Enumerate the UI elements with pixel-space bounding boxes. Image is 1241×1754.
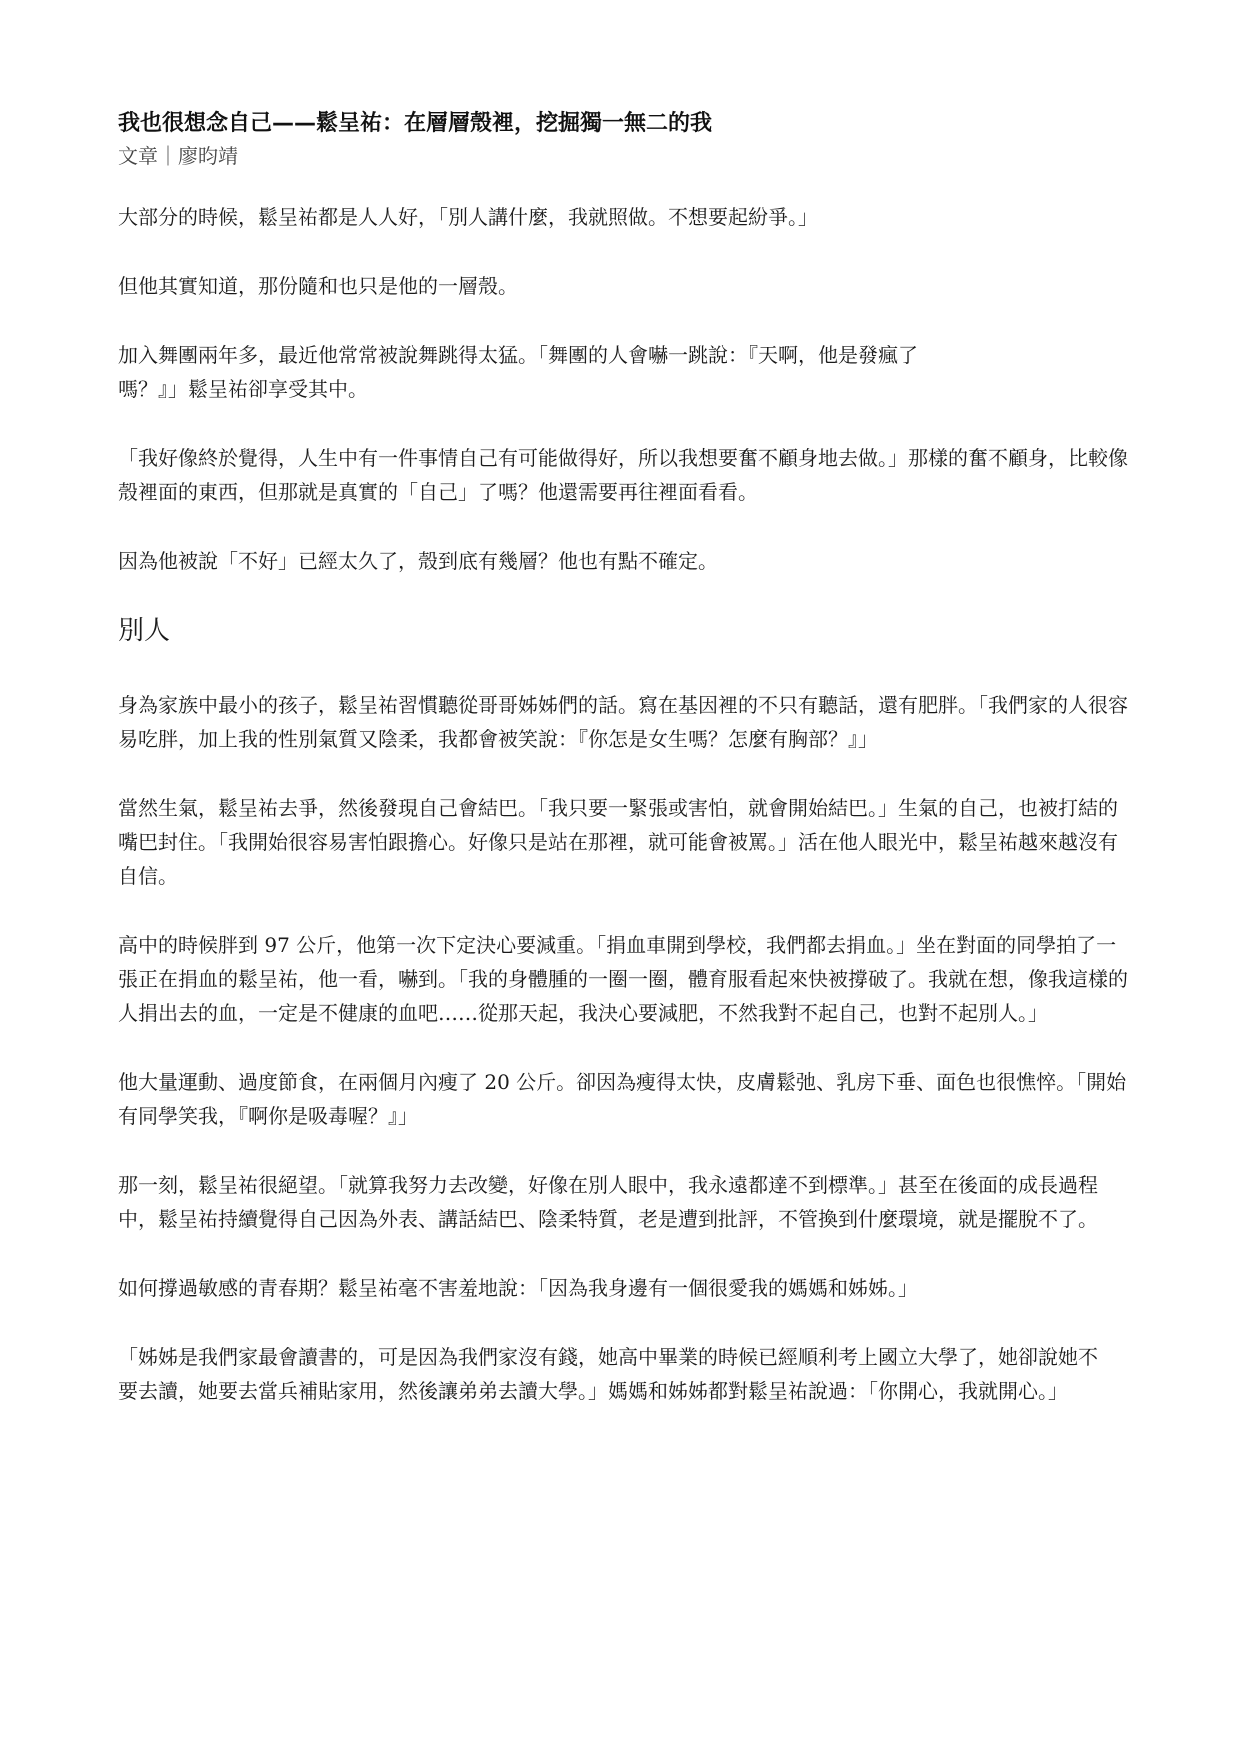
section-heading: 別人 <box>118 613 1128 649</box>
article-title: 我也很想念自己——鬆呈祐：在層層殼裡，挖掘獨一無二的我 <box>118 108 1128 140</box>
document-page: 我也很想念自己——鬆呈祐：在層層殼裡，挖掘獨一無二的我 文章｜廖昀靖 大部分的時… <box>118 108 1128 1443</box>
paragraph: 但他其實知道，那份隨和也只是他的一層殼。 <box>118 269 1128 303</box>
paragraph: 因為他被說「不好」已經太久了，殼到底有幾層？他也有點不確定。 <box>118 544 1128 578</box>
paragraph: 高中的時候胖到 97 公斤，他第一次下定決心要減重。「捐血車開到學校，我們都去捐… <box>118 928 1128 1030</box>
paragraph: 那一刻，鬆呈祐很絕望。「就算我努力去改變，好像在別人眼中，我永遠都達不到標準。」… <box>118 1168 1128 1236</box>
paragraph: 加入舞團兩年多，最近他常常被說舞跳得太猛。「舞團的人會嚇一跳說：『天啊，他是發瘋… <box>118 338 968 406</box>
paragraph: 「我好像終於覺得，人生中有一件事情自己有可能做得好，所以我想要奮不顧身地去做。」… <box>118 441 1128 509</box>
paragraph: 身為家族中最小的孩子，鬆呈祐習慣聽從哥哥姊姊們的話。寫在基因裡的不只有聽話，還有… <box>118 688 1128 756</box>
paragraph: 當然生氣，鬆呈祐去爭，然後發現自己會結巴。「我只要一緊張或害怕，就會開始結巴。」… <box>118 791 1128 893</box>
article-byline: 文章｜廖昀靖 <box>118 140 1128 172</box>
paragraph: 「姊姊是我們家最會讀書的，可是因為我們家沒有錢，她高中畢業的時候已經順利考上國立… <box>118 1340 1108 1408</box>
paragraph: 如何撐過敏感的青春期？鬆呈祐毫不害羞地說：「因為我身邊有一個很愛我的媽媽和姊姊。… <box>118 1271 1128 1305</box>
paragraph: 大部分的時候，鬆呈祐都是人人好，「別人講什麼，我就照做。不想要起紛爭。」 <box>118 200 1128 234</box>
paragraph: 他大量運動、過度節食，在兩個月內瘦了 20 公斤。卻因為瘦得太快，皮膚鬆弛、乳房… <box>118 1065 1128 1133</box>
